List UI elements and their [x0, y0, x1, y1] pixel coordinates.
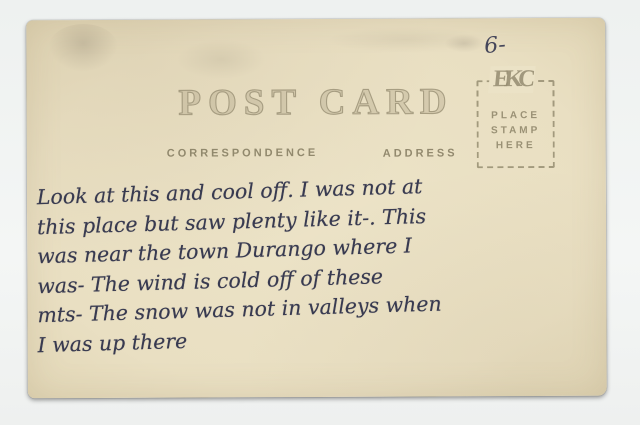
handwritten-message: Look at this and cool off. I was not at … — [37, 181, 590, 360]
ekc-logo: EKC — [488, 66, 536, 93]
smudge-mark — [176, 39, 266, 79]
stamp-box-line: HERE — [479, 138, 553, 153]
postcard-back: POST CARD CORRESPONDENCE ADDRESS EKC PLA… — [26, 18, 607, 399]
stamp-box: EKC PLACE STAMP HERE — [476, 80, 554, 168]
correspondence-label: CORRESPONDENCE — [167, 147, 318, 160]
address-label: ADDRESS — [383, 147, 458, 159]
photo-scene: POST CARD CORRESPONDENCE ADDRESS EKC PLA… — [0, 0, 640, 425]
smudge-mark — [48, 24, 118, 72]
stamp-box-line: STAMP — [479, 123, 553, 138]
stamp-box-line: PLACE — [479, 108, 553, 123]
handwritten-corner-note: 6- — [483, 32, 506, 59]
stamp-box-text: PLACE STAMP HERE — [479, 108, 553, 153]
smudge-mark — [326, 26, 486, 53]
smudge-mark — [444, 34, 484, 52]
